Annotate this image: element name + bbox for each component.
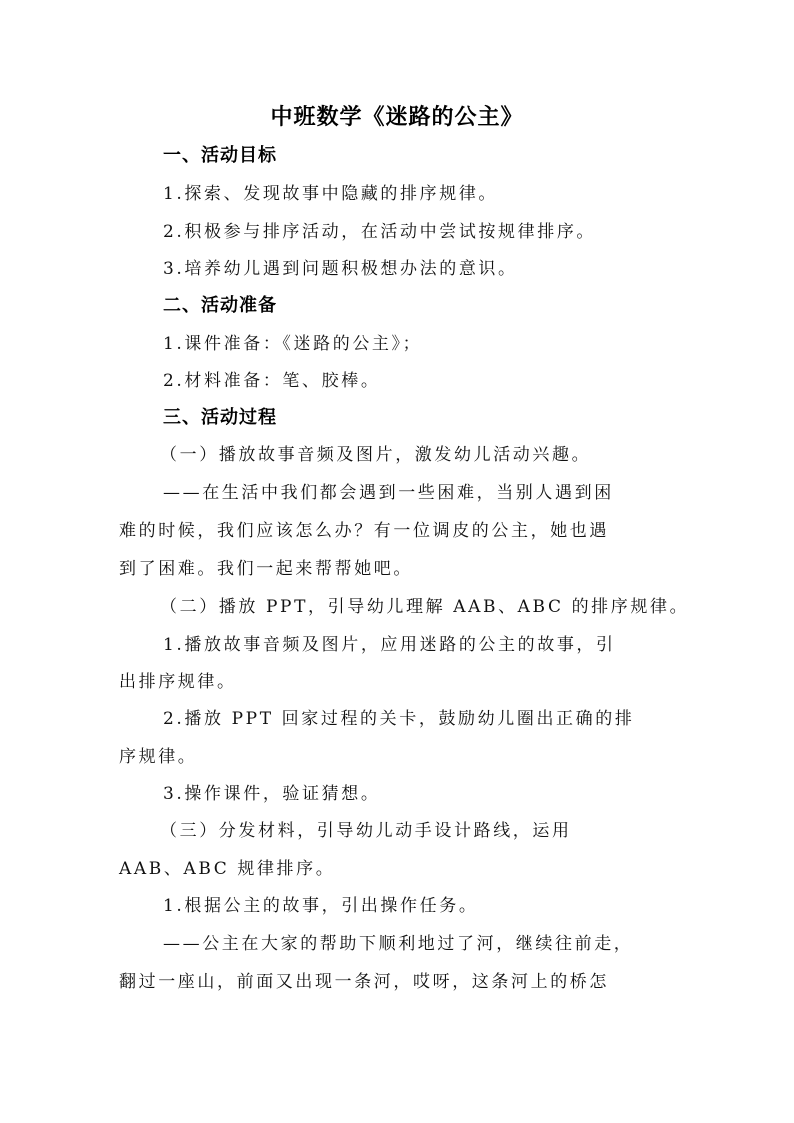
- section-heading-goals: 一、活动目标: [163, 144, 277, 168]
- process-paragraph: 序规律。: [119, 745, 197, 769]
- process-paragraph: 难的时候，我们应该怎么办？有一位调皮的公主，她也遇: [119, 519, 609, 543]
- process-step-3-heading: （三）分发材料，引导幼儿动手设计路线，运用: [160, 819, 572, 843]
- process-paragraph: AAB、ABC 规律排序。: [119, 857, 335, 881]
- section-heading-preparation: 二、活动准备: [163, 294, 277, 318]
- document-title: 中班数学《迷路的公主》: [0, 103, 794, 133]
- process-step-2-heading: （二）播放 PPT，引导幼儿理解 AAB、ABC 的排序规律。: [160, 595, 689, 619]
- process-paragraph: ——公主在大家的帮助下顺利地过了河，继续往前走，: [163, 932, 633, 956]
- goal-item-2: 2.积极参与排序活动，在活动中尝试按规律排序。: [163, 220, 596, 244]
- process-paragraph: 1.播放故事音频及图片，应用迷路的公主的故事，引: [163, 633, 616, 657]
- prep-item-2: 2.材料准备：笔、胶棒。: [163, 369, 380, 393]
- process-paragraph: 3.操作课件，验证猜想。: [163, 782, 380, 806]
- process-paragraph: ——在生活中我们都会遇到一些困难，当别人遇到困: [163, 481, 614, 505]
- process-paragraph: 1.根据公主的故事，引出操作任务。: [163, 894, 478, 918]
- goal-item-1: 1.探索、发现故事中隐藏的排序规律。: [163, 182, 498, 206]
- section-heading-process: 三、活动过程: [163, 406, 277, 430]
- process-paragraph: 到了困难。我们一起来帮帮她吧。: [119, 557, 413, 581]
- document-page: 中班数学《迷路的公主》 一、活动目标 1.探索、发现故事中隐藏的排序规律。 2.…: [0, 0, 794, 1123]
- process-step-1-heading: （一）播放故事音频及图片，激发幼儿活动兴趣。: [160, 443, 591, 467]
- prep-item-1: 1.课件准备：《迷路的公主》；: [163, 332, 422, 356]
- process-paragraph: 2.播放 PPT 回家过程的关卡，鼓励幼儿圈出正确的排: [163, 707, 634, 731]
- goal-item-3: 3.培养幼儿遇到问题积极想办法的意识。: [163, 257, 518, 281]
- process-paragraph: 出排序规律。: [119, 670, 237, 694]
- process-paragraph: 翻过一座山，前面又出现一条河，哎呀，这条河上的桥怎: [119, 970, 609, 994]
